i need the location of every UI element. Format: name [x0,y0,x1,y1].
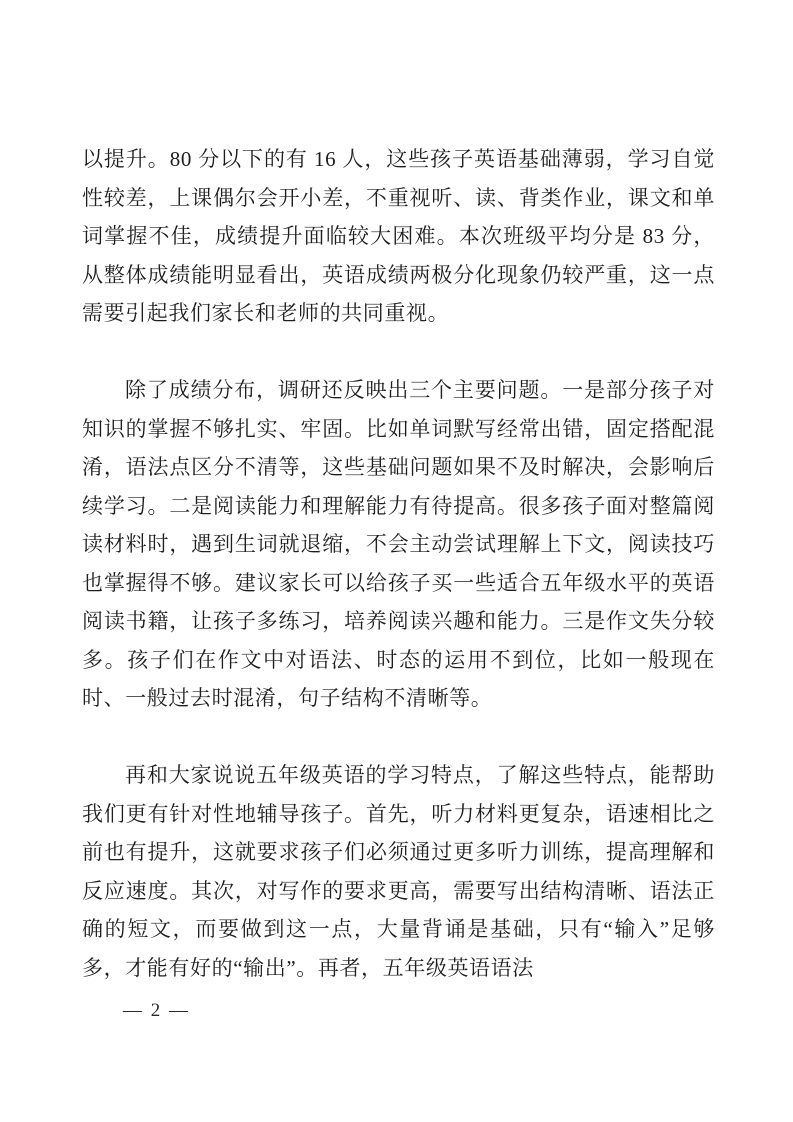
paragraph-continuation: 以提升。80 分以下的有 16 人，这些孩子英语基础薄弱，学习自觉性较差，上课偶… [82,140,715,333]
paragraph-problems: 除了成绩分布，调研还反映出三个主要问题。一是部分孩子对知识的掌握不够扎实、牢固。… [82,371,715,718]
document-page: 以提升。80 分以下的有 16 人，这些孩子英语基础薄弱，学习自觉性较差，上课偶… [0,0,793,1122]
page-number: — 2 — [123,999,190,1023]
paragraph-learning-features: 再和大家说说五年级英语的学习特点，了解这些特点，能帮助我们更有针对性地辅导孩子。… [82,756,715,987]
text-block: 以提升。80 分以下的有 16 人，这些孩子英语基础薄弱，学习自觉性较差，上课偶… [82,140,715,987]
